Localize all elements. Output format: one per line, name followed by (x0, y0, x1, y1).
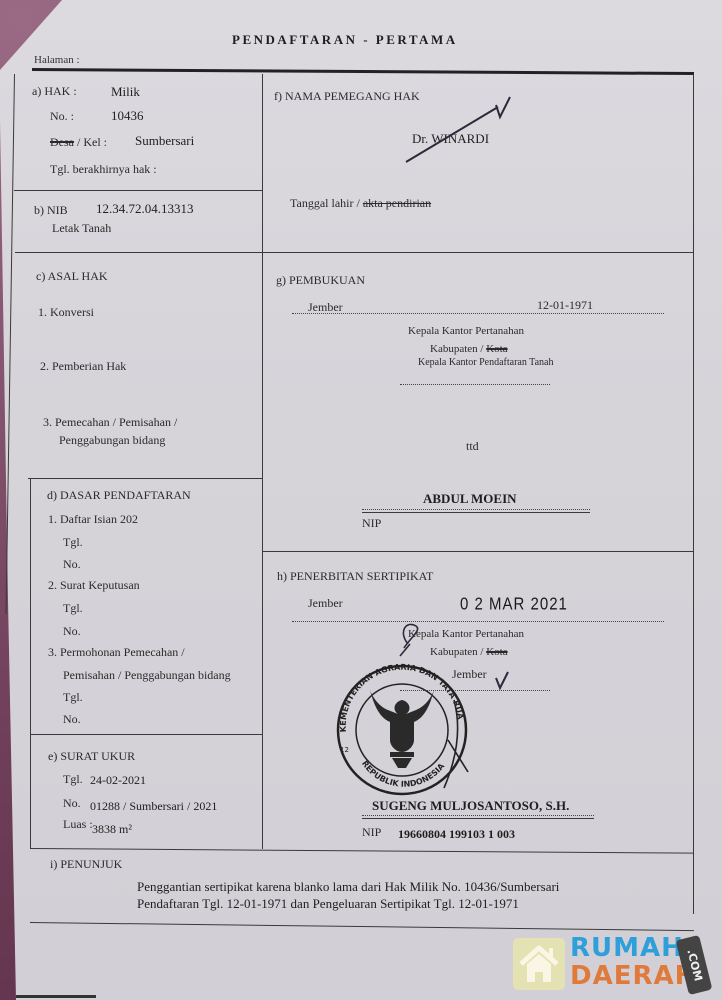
su-tgl-label: Tgl. (63, 772, 83, 787)
svg-text:12: 12 (340, 746, 349, 754)
no-label: No. (63, 624, 81, 639)
tgl-berakhir-label: Tgl. berakhirnya hak : (50, 162, 157, 177)
pemegang-hak-heading: f) NAMA PEMEGANG HAK (274, 89, 420, 104)
halaman-label: Halaman : (34, 54, 80, 66)
su-tgl-value: 24-02-2021 (90, 773, 146, 788)
divider-c-d (28, 478, 262, 479)
asal-hak-item: 3. Pemecahan / Pemisahan / (43, 415, 177, 430)
pembukuan-date: 12-01-1971 (537, 298, 593, 313)
pembukuan-heading: g) PEMBUKUAN (276, 273, 365, 288)
akta-struck: akta pendirian (363, 196, 431, 210)
desa-kel-label: Desa / Kel : (50, 135, 107, 150)
ttd-text: ttd (466, 439, 479, 454)
divider-g-h (262, 551, 693, 552)
rumahdaerah-watermark: RUMAH DAERAH .COM (510, 933, 710, 993)
kabupaten-label: Kabupaten / Kota (430, 343, 508, 355)
kepala-pendaftaran-label: Kepala Kantor Pendaftaran Tanah (418, 357, 553, 368)
left-border-lower (30, 478, 31, 848)
nib-label: b) NIB (34, 203, 68, 218)
abdul-moein-name: ABDUL MOEIN (423, 491, 517, 507)
nip-label: NIP (362, 516, 381, 531)
logo-text-top: RUMAH (570, 934, 684, 962)
page-edge-mark (16, 995, 96, 998)
nip-value: 19660804 199103 1 003 (398, 827, 515, 842)
dotted-line (362, 815, 594, 816)
kepala-kantor-label: Kepala Kantor Pertanahan (408, 325, 524, 337)
letak-tanah-label: Letak Tanah (52, 221, 111, 236)
penerbitan-date-stamp: 0 2 MAR 2021 (460, 595, 568, 615)
sugeng-name: SUGENG MULJOSANTOSO, S.H. (372, 798, 569, 814)
no-label: No. (63, 557, 81, 572)
asal-hak-item: 1. Konversi (38, 305, 94, 320)
kota-struck: Kota (486, 343, 507, 355)
signature-underline (362, 818, 594, 819)
tgl-label: Tgl. (63, 535, 83, 550)
asal-hak-item: Penggabungan bidang (59, 433, 165, 448)
penerbitan-heading: h) PENERBITAN SERTIPIKAT (277, 569, 433, 584)
nip-label: NIP (362, 825, 381, 840)
nib-value: 12.34.72.04.13313 (96, 201, 194, 217)
su-no-label: No. (63, 796, 81, 811)
daftar-isian-label: 1. Daftar Isian 202 (48, 512, 138, 527)
surat-ukur-heading: e) SURAT UKUR (48, 749, 135, 764)
no-label: No. : (50, 109, 74, 124)
signature-underline (362, 512, 590, 513)
column-divider (262, 74, 263, 849)
house-icon (513, 938, 565, 990)
tgl-label: Tgl. (63, 601, 83, 616)
penunjuk-heading: i) PENUNJUK (50, 857, 122, 872)
kel-label: / Kel : (77, 135, 107, 149)
divider-a-b (14, 190, 262, 191)
luas-value: 3838 m² (92, 822, 132, 837)
penunjuk-line-2: Pendaftaran Tgl. 12-01-1971 dan Pengelua… (137, 896, 519, 912)
tgl-label: Tgl. (63, 690, 83, 705)
hak-value: Milik (111, 84, 140, 100)
kel-value: Sumbersari (135, 133, 194, 149)
penunjuk-line-1: Penggantian sertipikat karena blanko lam… (137, 879, 559, 895)
asal-hak-heading: c) ASAL HAK (36, 269, 108, 284)
dotted-line (292, 313, 664, 314)
hak-label: a) HAK : (32, 84, 77, 99)
asal-hak-item: 2. Pemberian Hak (40, 359, 126, 374)
dotted-line (362, 509, 590, 510)
tanggal-lahir-label: Tanggal lahir / akta pendirian (290, 196, 431, 211)
tgl-lahir-text: Tanggal lahir / (290, 196, 360, 210)
divider-d-e (30, 734, 262, 735)
paraf-signature-icon (400, 95, 520, 165)
no-value: 10436 (111, 108, 144, 124)
dotted-line (400, 384, 550, 385)
right-border (693, 74, 694, 914)
logo-text-bottom: DAERAH (570, 962, 697, 990)
kabupaten-text: Kabupaten / (430, 343, 483, 355)
official-stamp-icon: KEMENTERIAN AGRARIA DAN TATA RUANG REPUB… (328, 660, 476, 798)
page-title: PENDAFTARAN - PERTAMA (232, 32, 458, 48)
surat-keputusan-label: 2. Surat Keputusan (48, 578, 140, 593)
luas-label: Luas : (63, 817, 93, 832)
divider-b-c (15, 252, 693, 253)
dasar-pendaftaran-heading: d) DASAR PENDAFTARAN (47, 488, 191, 503)
desa-struck: Desa (50, 135, 74, 149)
permohonan-label: 3. Permohonan Pemecahan / (48, 645, 185, 660)
permohonan-label-2: Pemisahan / Penggabungan bidang (63, 668, 231, 683)
penerbitan-place: Jember (308, 596, 343, 611)
no-label: No. (63, 712, 81, 727)
su-no-value: 01288 / Sumbersari / 2021 (90, 799, 217, 814)
